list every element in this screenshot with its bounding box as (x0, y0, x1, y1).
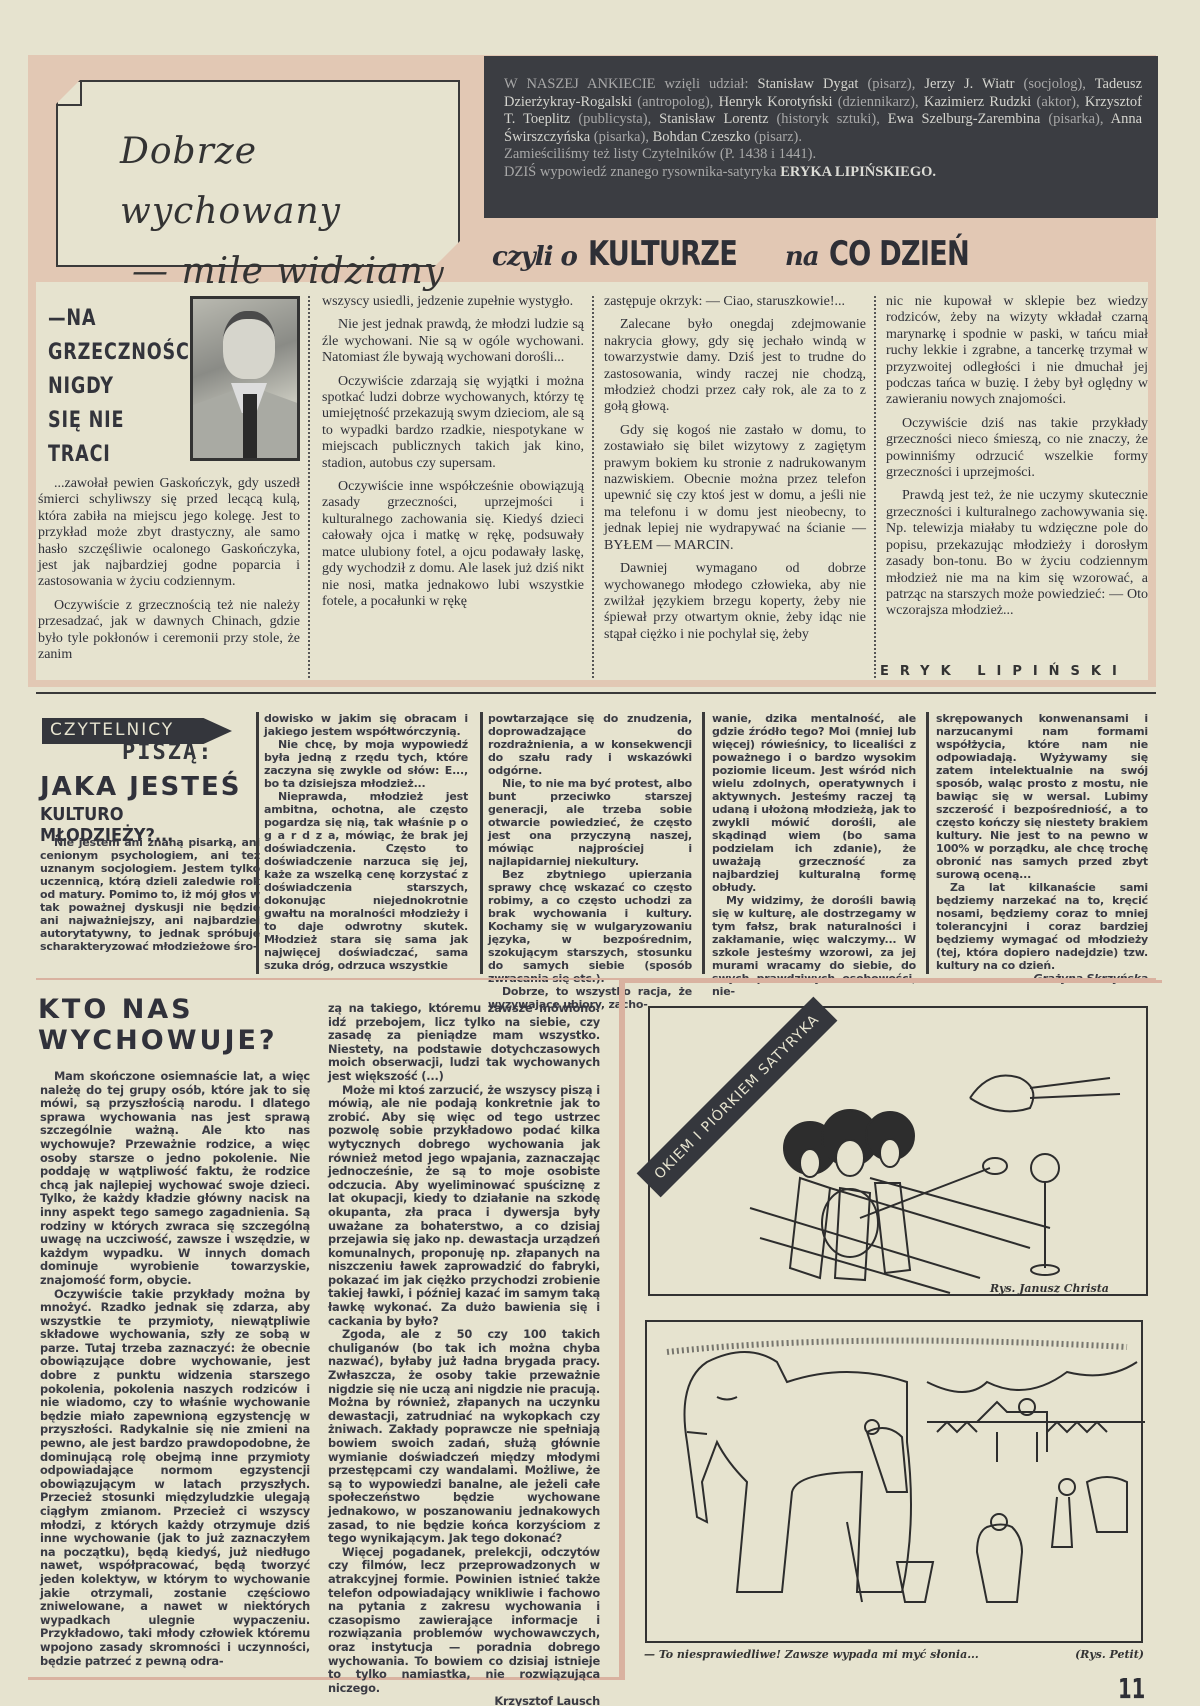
letter-column-2: dowisko w jakim się obracam i jakiego je… (264, 712, 468, 972)
fold-line (58, 82, 82, 106)
participant-role: (publicysta), (578, 111, 651, 127)
paragraph: powtarzające się do znudzenia, doprowadz… (488, 712, 692, 777)
paragraph: Oczywiście z grzecznością też nie należy… (38, 598, 300, 664)
participant-role: (historyk sztuki), (776, 111, 879, 127)
title-note-card: Dobrze wychowany — mile widziany (56, 80, 460, 267)
participant-role: (pisarz), (867, 76, 915, 92)
participant-name: Henryk Korotyński (713, 94, 837, 110)
paragraph: Zgoda, ale z 50 czy 100 takich chuliganó… (328, 1328, 600, 1546)
lipinski-column-3: zastępuje okrzyk: — Ciao, staruszkowie!.… (604, 294, 866, 650)
paragraph: wanie, dzika mentalność, ale gdzie źródł… (712, 712, 916, 894)
letter-title: JAKA JESTEŚ KULTURO MŁODZIEŻY?... (40, 772, 250, 846)
column-rule (480, 712, 483, 974)
paragraph: nic nie kupował w sklepie bez wiedzy rod… (886, 294, 1148, 409)
photo-head (223, 311, 275, 379)
paragraph: Zalecane było onegdaj zdejmowanie nakryc… (604, 317, 866, 415)
paragraph: zastępuje okrzyk: — Ciao, staruszkowie!.… (604, 294, 866, 310)
section-divider (36, 692, 1156, 694)
cartoon-2-credit: (Rys. Petit) (1075, 1648, 1144, 1661)
kto-nas-title: KTO NAS WYCHOWUJE? (38, 994, 278, 1056)
participant-role: (socjolog), (1024, 76, 1086, 92)
participant-name: Jerzy J. Wiatr (915, 76, 1023, 92)
participant-name: Bohdan Czeszko (649, 129, 754, 145)
paragraph: Za lat kilkanaście sami będziemy narzeka… (936, 881, 1148, 972)
side-heading-line: GRZECZNOŚCI (48, 336, 160, 370)
section-subtitle: czyli o KULTURZE na CO DZIEŃ (492, 234, 1004, 274)
paragraph: Może mi ktoś zarzucić, że wszyscy piszą … (328, 1084, 600, 1329)
kto-title-line-2: WYCHOWUJE? (38, 1025, 278, 1056)
magazine-page: Dobrze wychowany — mile widziany W NASZE… (0, 0, 1200, 1706)
paragraph: wszyscy usiedli, jedzenie zupełnie wysty… (322, 294, 584, 310)
participant-role: (pisarka), (1048, 111, 1103, 127)
column-rule (926, 712, 929, 974)
cartoon-2-caption: — To niesprawiedliwe! Zawsze wypada mi m… (644, 1648, 1144, 1661)
title-line-1: Dobrze wychowany (120, 131, 341, 232)
today-author: ERYKA LIPIŃSKIEGO. (780, 164, 936, 180)
banner-bottom: PISZĄ: (122, 740, 213, 765)
column-divider (308, 296, 310, 678)
subtitle-czyli: czyli o (492, 242, 577, 272)
elephant-drawing-icon (647, 1322, 1145, 1645)
survey-intro: W NASZEJ ANKIECIE wzięli udział: (504, 76, 748, 92)
participant-name: Ewa Szelburg-Zarembina (880, 111, 1048, 127)
paragraph: Gdy się kogoś nie zastało w domu, to zos… (604, 423, 866, 554)
paragraph: Nie jestem ani znaną pisarką, ani cenion… (40, 836, 260, 953)
cartoon-rock-band (648, 1006, 1148, 1296)
photo-tie (243, 394, 257, 461)
participant-name: Kazimierz Rudzki (919, 94, 1037, 110)
letter-title-line-1: JAKA JESTEŚ (40, 772, 250, 802)
author-signature: ERYK LIPIŃSKI (880, 664, 1128, 679)
paragraph: Oczywiście zdarzają się wyjątki i można … (322, 374, 584, 472)
subtitle-na: na (785, 242, 819, 272)
paragraph: Bez zbytniego upierzania sprawy chcę wsk… (488, 868, 692, 985)
readers-write-banner: CZYTELNICY PISZĄ: (42, 718, 247, 766)
paragraph: Nie chcę, by moja wypowiedź była jedną z… (264, 738, 468, 790)
lipinski-column-2: wszyscy usiedli, jedzenie zupełnie wysty… (322, 294, 584, 617)
column-rule (256, 712, 259, 974)
rock-band-drawing-icon (650, 1008, 1150, 1298)
cartoon-elephant (645, 1320, 1143, 1643)
paragraph: zą na takiego, któremu zawsze mówiono: i… (328, 1002, 600, 1084)
title-line-2: — mile widziany (120, 242, 460, 302)
page-number: 11 (1118, 1672, 1145, 1705)
letter-column-1: Nie jestem ani znaną pisarką, ani cenion… (40, 836, 260, 953)
cartoon-1-credit: Rys. Janusz Christa (990, 1282, 1109, 1295)
participant-role: (dziennikarz), (838, 94, 919, 110)
participant-role: (pisarz). (754, 129, 802, 145)
kto-signature: Krzysztof Lausch (328, 1695, 600, 1706)
participant-name: Stanisław Lorentz (651, 111, 776, 127)
paragraph: Więcej pogadanek, prelekcji, odczytów cz… (328, 1546, 600, 1696)
letter-column-3: powtarzające się do znudzenia, doprowadz… (488, 712, 692, 1011)
side-heading-line: —NA (48, 302, 160, 336)
side-heading-line: NIGDY (48, 370, 160, 404)
participant-name: Stanisław Dygat (758, 76, 868, 92)
paragraph: Nie, to nie ma być protest, albo bunt pr… (488, 777, 692, 868)
lipinski-column-1: ...zawołał pewien Gaskończyk, gdy uszedł… (38, 476, 300, 670)
paragraph: dowisko w jakim się obracam i jakiego je… (264, 712, 468, 738)
caption-text: — To niesprawiedliwe! Zawsze wypada mi m… (644, 1648, 979, 1661)
paragraph: Prawdą jest też, że nie uczymy skuteczni… (886, 488, 1148, 619)
side-heading-line: TRACI (48, 438, 160, 472)
today-note: DZIŚ wypowiedź znanego rysownika-satyryk… (504, 164, 777, 180)
paragraph: Nieprawda, młodzież jest ambitna, ochotn… (264, 790, 468, 972)
paragraph: ...zawołał pewien Gaskończyk, gdy uszedł… (38, 476, 300, 591)
page-title: Dobrze wychowany — mile widziany (120, 122, 460, 302)
participant-role: (aktor), (1037, 94, 1080, 110)
column-divider (592, 296, 594, 678)
paragraph: skrępowanych konwenansami i narzucanymi … (936, 712, 1148, 881)
participant-role: (pisarka), (594, 129, 649, 145)
kto-column-2: zą na takiego, któremu zawsze mówiono: i… (328, 1002, 600, 1706)
subtitle-co-dzien: CO DZIEŃ (829, 234, 969, 274)
letter-column-5: skrępowanych konwenansami i narzucanymi … (936, 712, 1148, 985)
paragraph: Oczywiście dziś nas takie przykłady grze… (886, 416, 1148, 482)
kto-column-1: Mam skończone osiemnaście lat, a więc na… (40, 1070, 310, 1668)
letters-note: Zamieściliśmy też listy Czytelników (P. … (504, 146, 816, 162)
paragraph: Nie jest jednak prawdą, że młodzi ludzie… (322, 317, 584, 366)
side-heading-line: SIĘ NIE (48, 404, 160, 438)
letter-column-4: wanie, dzika mentalność, ale gdzie źródł… (712, 712, 916, 998)
lipinski-column-4: nic nie kupował w sklepie bez wiedzy rod… (886, 294, 1148, 627)
participant-role: (antropolog), (637, 94, 713, 110)
paragraph: Oczywiście inne współcześnie obowiązują … (322, 479, 584, 610)
subtitle-kulturze: KULTURZE (588, 234, 737, 274)
paragraph: Dawniej wymagano od dobrze wychowanego m… (604, 561, 866, 643)
kto-title-line-1: KTO NAS (38, 994, 278, 1025)
survey-info-box: W NASZEJ ANKIECIE wzięli udział: Stanisł… (484, 56, 1158, 218)
side-heading: —NA GRZECZNOŚCI NIGDY SIĘ NIE TRACI (48, 302, 160, 472)
paragraph: Mam skończone osiemnaście lat, a więc na… (40, 1070, 310, 1288)
paragraph: Oczywiście takie przykłady można by mnoż… (40, 1288, 310, 1669)
column-divider (874, 296, 876, 678)
author-portrait-photo (190, 296, 300, 461)
column-rule (702, 712, 705, 974)
